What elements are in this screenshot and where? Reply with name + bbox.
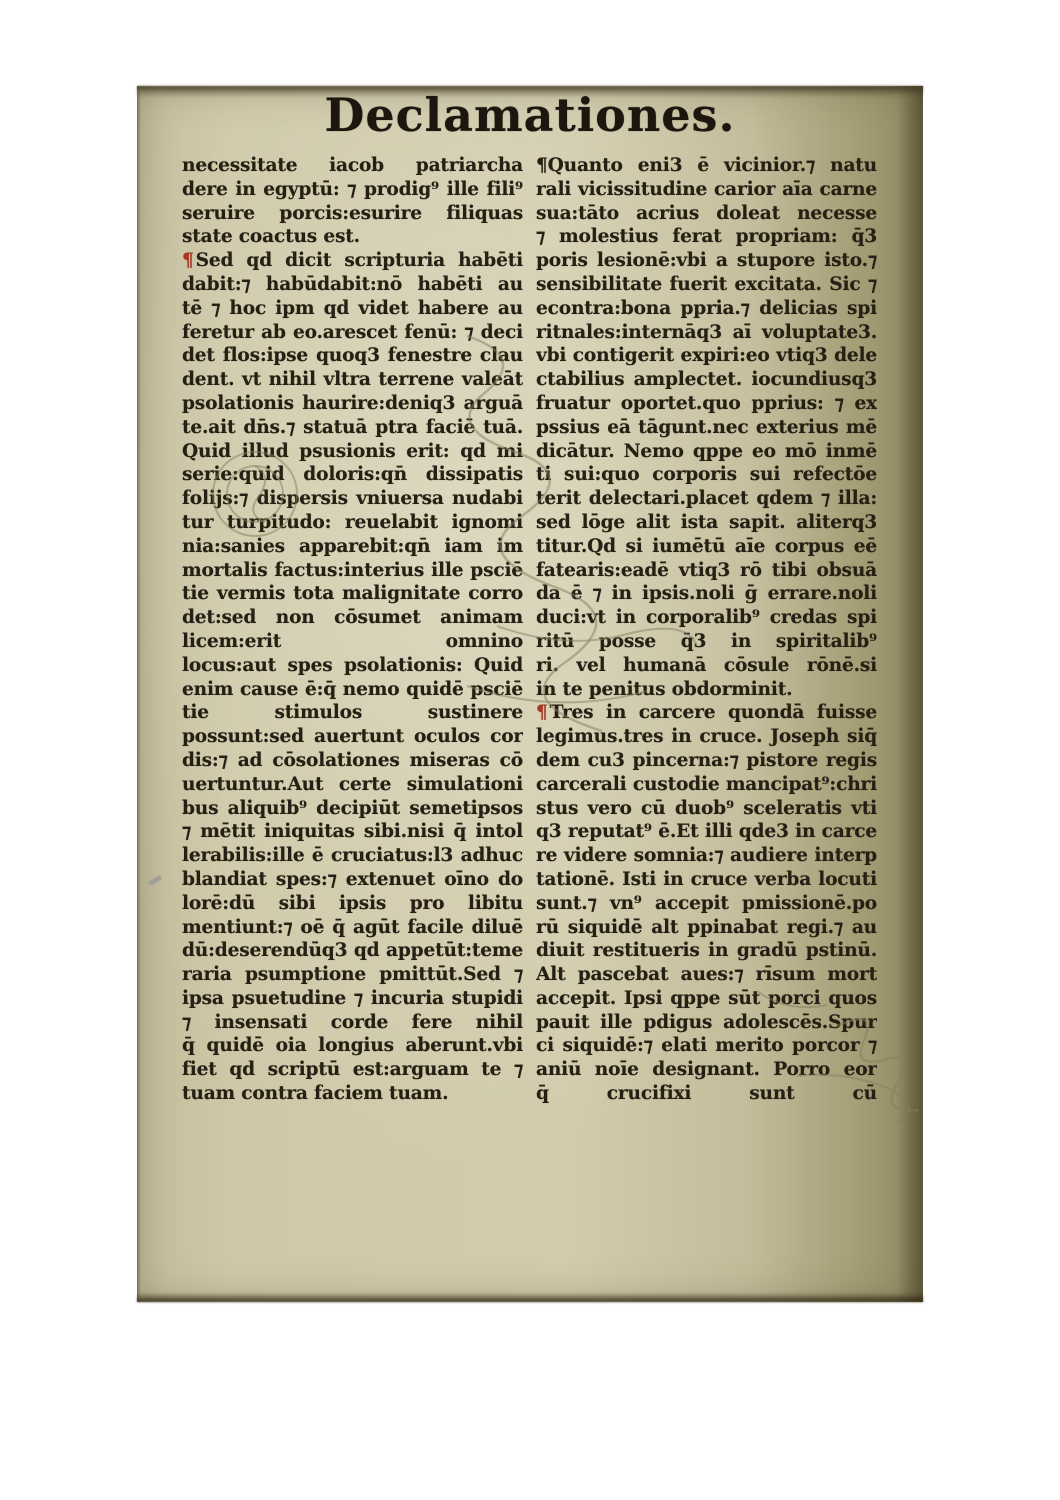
text-line: seruire porcis:esurire filiquas ege xyxy=(182,202,523,226)
text-line: mortalis factus:interius ille psciē xyxy=(182,559,523,583)
text-line: in te penitus obdorminit. xyxy=(536,678,877,702)
text-line: dent. vt nihil vltra terrene valeāt xyxy=(182,368,523,392)
text-line: econtra:bona ppria.⁊ delicias spi xyxy=(536,297,877,321)
text-line: necessitate iacob patriarcha descē xyxy=(182,154,523,178)
text-line: da ē ⁊ in ipsis.noli ḡ errare.noli se xyxy=(536,582,877,606)
text-line: ¶Tres in carcere quondā fuisse xyxy=(536,701,877,725)
text-line: vbi contigerit expiri:eo vtiq3 dele xyxy=(536,344,877,368)
text-line: licem:erit omnino dissimulationis xyxy=(182,630,523,654)
text-line: terit delectari.placet qdem ⁊ illa: xyxy=(536,487,877,511)
text-line: tur turpitudo: reuelabit ignomi xyxy=(182,511,523,535)
text-line: rū siquidē alt ppinabat regi.⁊ au xyxy=(536,916,877,940)
text-line: ritnales:internāq3 aī voluptate3. xyxy=(536,321,877,345)
text-column-left: necessitate iacob patriarcha descēdere i… xyxy=(182,154,523,1106)
text-line: q̄ quidē oia longius aberunt.vbi xyxy=(182,1034,523,1058)
text-line: ⁊ mētit iniquitas sibi.nisi q̄ intol xyxy=(182,820,523,844)
text-line: possunt:sed auertunt oculos cor xyxy=(182,725,523,749)
text-line: blandiat spes:⁊ extenuet oīno do xyxy=(182,868,523,892)
text-line: legimus.tres in cruce. Joseph siq̄ xyxy=(536,725,877,749)
text-line: bus aliquib⁹ decipiūt semetipsos xyxy=(182,797,523,821)
text-line: ⁊ insensati corde fere nihil sentiūt: xyxy=(182,1011,523,1035)
text-line: dere in egyptū: ⁊ prodig⁹ ille fili⁹ xyxy=(182,178,523,202)
text-column-right: ¶Quanto eni3 ē vicinior.⁊ naturali vicis… xyxy=(536,154,877,1106)
text-line: te.ait dn̄s.⁊ statuā ptra faciē tuā. xyxy=(182,416,523,440)
text-line: duci:vt in corporalib⁹ credas spi xyxy=(536,606,877,630)
text-line: fruatur oportet.quo pprius: ⁊ ex xyxy=(536,392,877,416)
text-line: dabit:⁊ habūdabit:nō habēti au xyxy=(182,273,523,297)
text-line: psolationis haurire:deniq3 arguā xyxy=(182,392,523,416)
text-line: dicātur. Nemo qppe eo mō inmē xyxy=(536,440,877,464)
text-line: carcerali custodie mancipat⁹:chri xyxy=(536,773,877,797)
text-line: dem cu3 pincerna:⁊ pistore regis xyxy=(536,749,877,773)
text-line: folijs:⁊ dispersis vniuersa nudabi xyxy=(182,487,523,511)
book-page: Declamationes. necessitate iacob patriar… xyxy=(137,86,923,1302)
text-line: serie:quid doloris:qn̄ dissipatis xyxy=(182,463,523,487)
text-line: tie stimulos sustinere aliquatenus xyxy=(182,701,523,725)
text-line: ti sui:quo corporis sui refectōe po xyxy=(536,463,877,487)
text-line: tē ⁊ hoc ipm qd videt habere au xyxy=(182,297,523,321)
text-line: ¶Quanto eni3 ē vicinior.⁊ natu xyxy=(536,154,877,178)
text-line: lorē:dū sibi ipsis pro libitu tēpora xyxy=(182,892,523,916)
text-line: tationē. Isti in cruce verba locuti xyxy=(536,868,877,892)
text-line: stus vero cū duob⁹ sceleratis vti xyxy=(536,797,877,821)
text-line: det:sed non cōsumet animam infe xyxy=(182,606,523,630)
text-line: pauit ille pdigus adolescēs.Spur xyxy=(536,1011,877,1035)
text-line: pssius eā tāgunt.nec exterius mē xyxy=(536,416,877,440)
text-line: titur.Qd si iumētū aīe corpus eē xyxy=(536,535,877,559)
text-line: accepit. Ipsi qppe sūt porci quos xyxy=(536,987,877,1011)
text-line: nia:sanies apparebit:qn̄ iam im xyxy=(182,535,523,559)
text-line: fatearis:eadē vtiq3 rō tibi obsuā xyxy=(536,559,877,583)
text-line: lerabilis:ille ē cruciatus:l3 adhuc xyxy=(182,844,523,868)
red-pilcrow: ¶ xyxy=(182,250,196,271)
text-line: ctabilius amplectet. iocundiusq3 xyxy=(536,368,877,392)
red-pilcrow: ¶ xyxy=(536,702,550,723)
text-line: feretur ab eo.arescet fenū: ⁊ deci xyxy=(182,321,523,345)
text-line: fiet qd scriptū est:arguam te ⁊ sta xyxy=(182,1058,523,1082)
text-line: sensibilitate fuerit excitata. Sic ⁊ xyxy=(536,273,877,297)
text-line: ritū posse q̄3 in spiritalib⁹ oblecta xyxy=(536,630,877,654)
text-line: raria psumptione pmittūt.Sed ⁊ xyxy=(182,963,523,987)
text-line: dis:⁊ ad cōsolationes miseras cō xyxy=(182,749,523,773)
text-line: sunt.⁊ vn⁹ accepit pmissionē.po xyxy=(536,892,877,916)
text-line: q̄ crucifixi sunt cū saluatore.alteri xyxy=(536,1082,877,1106)
text-line: state coactus est. xyxy=(182,225,523,249)
text-line: re videre somnia:⁊ audiere interp xyxy=(536,844,877,868)
text-line: sed lōge alit ista sapit. aliterq3 sen xyxy=(536,511,877,535)
text-line: Alt pascebat aues:⁊ rīsum mort xyxy=(536,963,877,987)
page-right-edge-shadow xyxy=(897,86,923,1302)
text-line: mentiunt:⁊ oē q̄ agūt facile diluē xyxy=(182,916,523,940)
page-left-edge-shadow xyxy=(137,86,141,1302)
text-line: sua:tāto acrius doleat necesse est. xyxy=(536,202,877,226)
text-line: det flos:ipse quoq3 fenestre clau xyxy=(182,344,523,368)
text-line: ¶Sed qd dicit scripturia habēti xyxy=(182,249,523,273)
text-line: dū:deserendūq3 qd appetūt:teme xyxy=(182,939,523,963)
scanned-book-photo: Declamationes. necessitate iacob patriar… xyxy=(0,0,1060,1500)
text-line: tuam contra faciem tuam. xyxy=(182,1082,523,1106)
text-line: q3 reputat⁹ ē.Et illi qde3 in carce xyxy=(536,820,877,844)
text-line: locus:aut spes psolationis: Quid xyxy=(182,654,523,678)
text-line: aniū noīe designant. Porro eor xyxy=(536,1058,877,1082)
text-line: enim cause ē:q̄ nemo quidē psciē xyxy=(182,678,523,702)
text-line: ipsa psuetudine ⁊ incuria stupidi xyxy=(182,987,523,1011)
page-title: Declamationes. xyxy=(137,88,923,142)
text-line: ri. vel humanā cōsule rōnē.si fides xyxy=(536,654,877,678)
text-line: rali vicissitudine carior aīa carne xyxy=(536,178,877,202)
text-line: poris lesionē:vbi a stupore isto.⁊ ī xyxy=(536,249,877,273)
text-line: diuit restitueris in gradū pstinū. xyxy=(536,939,877,963)
text-line: uertuntur.Aut certe simulationi xyxy=(182,773,523,797)
text-line: ci siquidē:⁊ elati merito porcor ⁊ xyxy=(536,1034,877,1058)
text-line: tie vermis tota malignitate corro xyxy=(182,582,523,606)
text-line: Quid illud psusionis erit: qd mi xyxy=(182,440,523,464)
text-line: ⁊ molestius ferat propriam: q̄3 cor xyxy=(536,225,877,249)
